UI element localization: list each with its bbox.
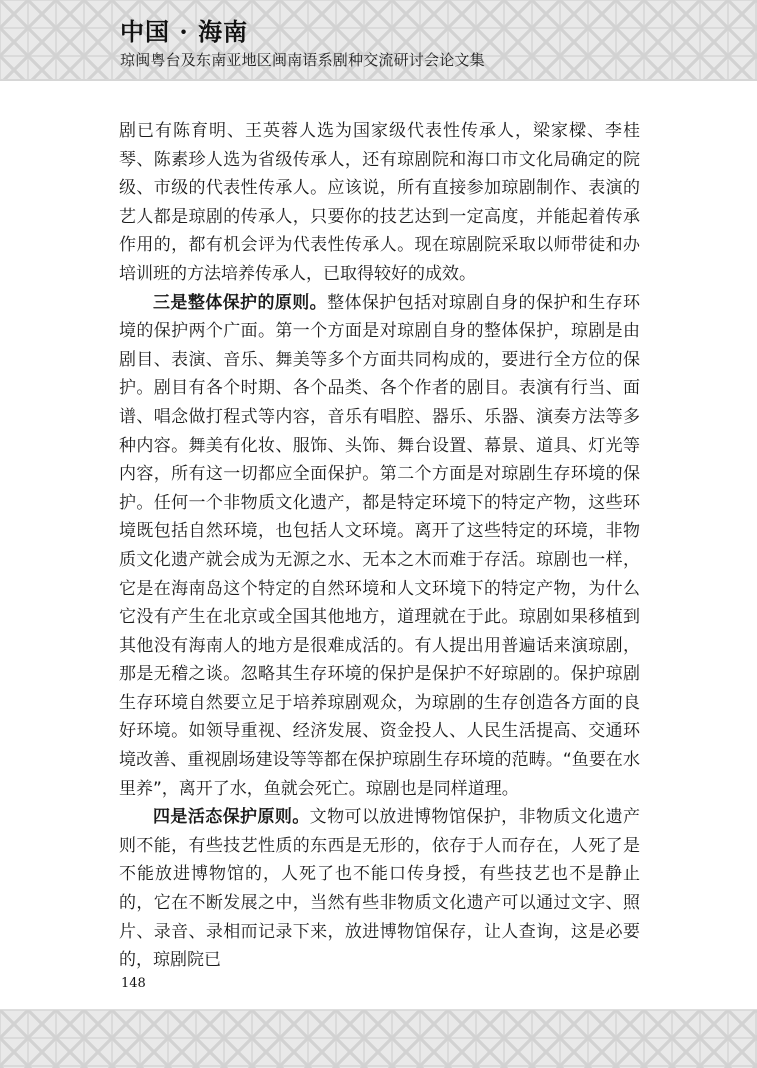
paragraph-1: 剧已有陈育明、王英蓉人选为国家级代表性传承人，梁家樑、李桂琴、陈素珍人选为省级传…	[119, 117, 640, 289]
paragraph-3-lead: 四是活态保护原则。	[153, 807, 310, 827]
paragraph-2-lead: 三是整体保护的原则。	[153, 293, 327, 313]
article-body: 剧已有陈育明、王英蓉人选为国家级代表性传承人，梁家樑、李桂琴、陈素珍人选为省级传…	[119, 117, 640, 975]
paragraph-1-text: 剧已有陈育明、王英蓉人选为国家级代表性传承人，梁家樑、李桂琴、陈素珍人选为省级传…	[119, 121, 640, 284]
paragraph-2: 三是整体保护的原则。整体保护包括对琼剧自身的保护和生存环境的保护两个广面。第一个…	[119, 289, 640, 804]
paragraph-3-text: 文物可以放进博物馆保护，非物质文化遗产则不能，有些技艺性质的东西是无形的，依存于…	[119, 807, 640, 970]
book-subtitle: 琼闽粤台及东南亚地区闽南语系剧种交流研讨会论文集	[120, 50, 485, 70]
page-number: 148	[121, 976, 146, 991]
paragraph-3: 四是活态保护原则。文物可以放进博物馆保护，非物质文化遗产则不能，有些技艺性质的东…	[119, 803, 640, 975]
footer-band	[0, 1009, 757, 1068]
paragraph-2-text: 整体保护包括对琼剧自身的保护和生存环境的保护两个广面。第一个方面是对琼剧自身的整…	[119, 293, 640, 799]
header-band: 中国 · 海南 琼闽粤台及东南亚地区闽南语系剧种交流研讨会论文集	[0, 0, 757, 81]
book-title: 中国 · 海南	[120, 17, 248, 47]
